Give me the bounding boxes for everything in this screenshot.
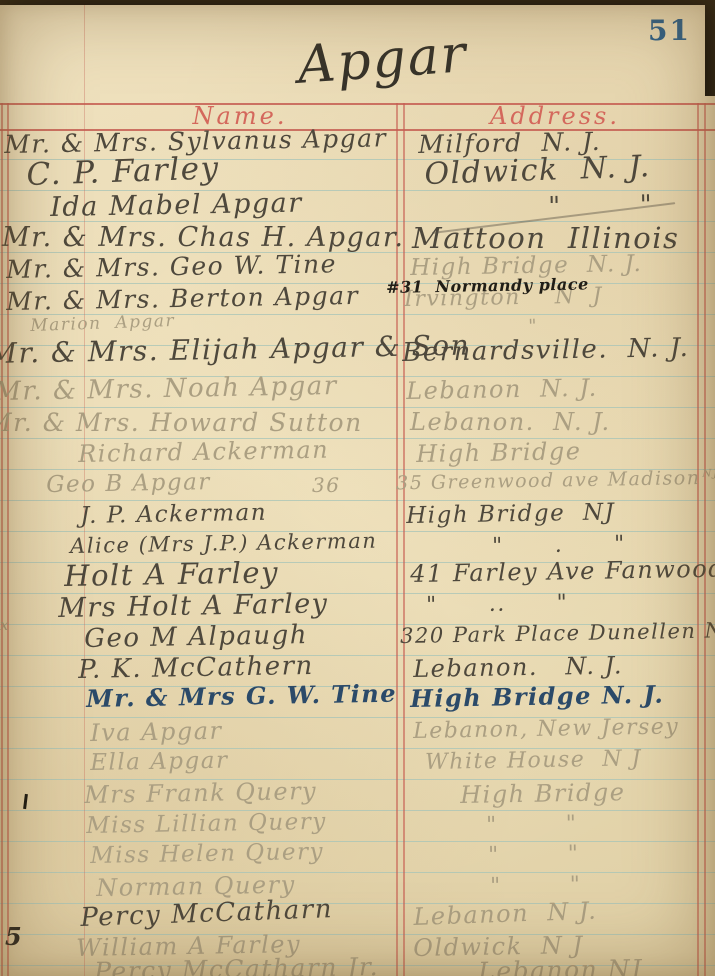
annotation-normandy-place: #31 Normandy place <box>386 276 589 296</box>
address-cell: Lebanon N. J. <box>406 376 598 403</box>
margin-number: 5 <box>5 925 23 949</box>
scan-edge-top <box>0 0 715 5</box>
name-cell: Percy McCatharn Jr. <box>94 954 379 976</box>
address-cell: Lebanon. N. J. <box>413 653 623 681</box>
address-cell: Mattoon Illinois <box>412 224 679 253</box>
name-cell: P. K. McCathern <box>78 653 314 683</box>
name-cell: Richard Ackerman <box>78 438 329 466</box>
register-page-scan: 51 Apgar Name. Address. Mr. & Mrs. Sylva… <box>0 0 715 976</box>
right-edge-rule-outer <box>697 103 699 976</box>
address-cell: White House N J <box>425 748 642 774</box>
margin-x-mark: x <box>0 618 10 633</box>
name-cell: Mr. & Mrs. Chas H. Apgar. <box>2 224 404 251</box>
name-cell: Mr. & Mrs. Berton Apgar <box>6 283 359 314</box>
address-cell: High Bridge <box>460 780 626 807</box>
name-cell: C. P. Farley <box>26 153 220 191</box>
address-cell: Oldwick N. J. <box>424 152 651 190</box>
name-cell: Holt A Farley <box>64 558 279 591</box>
address-cell: Lebanon NJ <box>478 956 643 976</box>
name-cell: Mr. & Mrs. Noah Apgar <box>0 373 338 405</box>
page-number: 51 <box>648 14 691 47</box>
address-cell: High Bridge NJ <box>406 501 615 528</box>
name-cell: Mrs Frank Query <box>84 779 317 807</box>
address-cell: " " <box>486 813 578 837</box>
name-cell: Geo B Apgar <box>46 471 211 497</box>
address-cell: Lebanon. N. J. <box>410 410 611 434</box>
name-cell: Mr. & Mrs G. W. Tine <box>86 682 397 711</box>
name-cell: Miss Helen Query <box>90 841 324 868</box>
name-cell: Mr. & Mrs. Howard Sutton <box>0 410 363 435</box>
address-cell: " .. " <box>426 593 569 617</box>
address-cell: Lebanon, New Jersey <box>413 716 679 743</box>
name-cell: Geo M Alpaugh <box>84 622 308 652</box>
name-cell: Miss Lillian Query <box>86 811 327 838</box>
name-cell: Mr. & Mrs. Geo W. Tine <box>6 251 337 282</box>
name-cell: Mr. & Mrs. Elijah Apgar & Son <box>0 332 470 368</box>
address-cell: Bernardsville. N. J. <box>402 335 690 366</box>
annotation-number-36: 36 <box>312 475 340 495</box>
address-cell: Lebanon N J. <box>413 899 598 929</box>
right-edge-rule-inner <box>704 103 706 976</box>
scan-edge-right <box>705 0 715 96</box>
column-header-address: Address. <box>455 103 655 129</box>
address-cell: High Bridge <box>416 439 582 466</box>
page-title: Apgar <box>296 28 469 92</box>
name-cell: J. P. Ackerman <box>80 502 267 528</box>
name-cell: Ida Mabel Apgar <box>50 190 303 221</box>
name-cell: Alice (Mrs J.P.) Ackerman <box>70 531 377 557</box>
name-cell: Mrs Holt A Farley <box>58 590 329 622</box>
name-cell: Iva Apgar <box>90 719 223 745</box>
address-cell: " . " <box>492 534 626 558</box>
address-cell: " <box>528 318 538 336</box>
name-cell: Ella Apgar <box>90 750 229 775</box>
address-cell: High Bridge N. J. <box>410 683 664 711</box>
address-cell: 320 Park Place Dunellen NJ <box>400 620 715 647</box>
address-cell: " " <box>490 874 582 898</box>
state-superscript: NJ <box>702 467 715 479</box>
name-cell: Marion Apgar <box>30 313 175 335</box>
address-cell: " " <box>488 843 580 867</box>
address-cell: 41 Farley Ave FanwoodNJ <box>410 556 715 586</box>
